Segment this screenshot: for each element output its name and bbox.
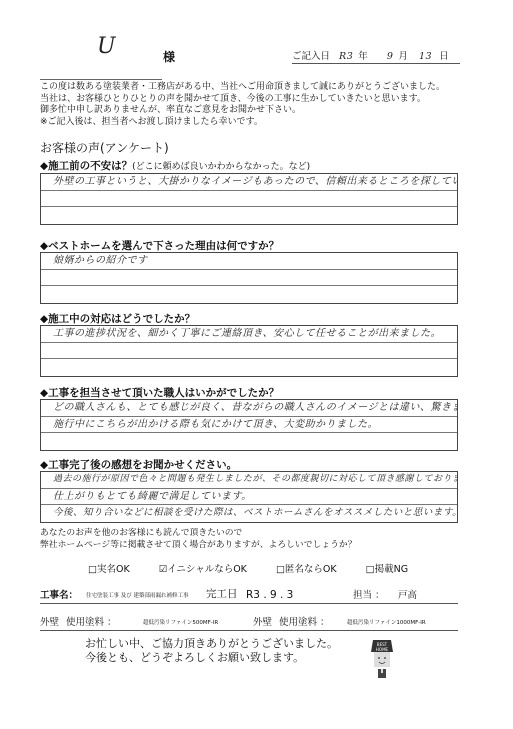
customer-name: U	[97, 34, 116, 59]
option-initials[interactable]: ☑イニシャルならOK	[159, 561, 247, 575]
checkbox-checked-icon[interactable]: ☑	[159, 564, 168, 575]
intro-line: ※ご記入後は、担当者へお渡し頂けましたら幸いです。	[40, 117, 445, 129]
day-label: 日	[439, 48, 449, 62]
question-5-label: ◆工事完了後の感想をお聞かせください。	[40, 457, 237, 472]
customer-name-line	[40, 60, 162, 80]
date-label: ご記入日	[292, 48, 330, 62]
answer-line: 外壁の工事というと、大掛かりなイメージもあったので、信頼出来るところを探していま…	[41, 174, 457, 191]
option-label: 匿名ならOK	[285, 561, 337, 575]
intro-text: この度は数ある塗装業者・工務店がある中、当社へご用命頂きまして誠にありがとうござ…	[40, 82, 445, 128]
question-text: ◆ベストホームを選んで下さった理由は何ですか？	[40, 240, 279, 252]
question-text: ◆施工前の不安は？	[40, 160, 132, 172]
question-3-label: ◆施工中の対応はどうでしたか？	[40, 311, 195, 326]
consent-line: あなたのお声を他のお客様にも読んで頂きたいので	[40, 528, 357, 540]
paint-info-row: 外壁 使用塗料 ： 超低汚染リファイン500MF-IR 外壁 使用塗料 ： 超低…	[40, 615, 458, 631]
question-text: ◆施工中の対応はどうでしたか？	[40, 313, 195, 325]
section-title: お客様の声(アンケート)	[40, 139, 169, 156]
date-month: 9	[387, 51, 394, 62]
staff-label: 担当 ：	[353, 587, 385, 601]
paint-area-2: 外壁	[253, 614, 272, 628]
date-day: 13	[419, 51, 432, 62]
consent-line: 弊社ホームページ等に掲載させて頂く場合がありますが、よろしいでしょうか？	[40, 540, 357, 552]
staff-value: 戸高	[398, 587, 417, 601]
answer-box-5: 過去の施行が原因で色々と問題も発生しましたが、その都度親切に対応して頂き感謝して…	[40, 471, 458, 523]
project-name-value: 住宅塗装工事 及び 建築部雨漏れ補修工事	[86, 591, 189, 599]
entry-date: ご記入日 R3 年 9 月 13 日	[292, 48, 460, 64]
question-text: ◆工事完了後の感想をお聞かせください。	[40, 459, 237, 471]
intro-line: 御多忙中申し訳ありませんが、率直なご意見をお聞かせ下さい。	[40, 105, 445, 117]
answer-line: 娘婿からの紹介です	[41, 253, 457, 270]
answer-line	[41, 270, 457, 287]
answer-line: 過去の施行が原因で色々と問題も発生しましたが、その都度親切に対応して頂き感謝して…	[41, 472, 457, 489]
answer-line	[41, 359, 457, 376]
completion-value: R3 . 9 . 3	[246, 589, 293, 601]
project-name-label: 工事名：	[40, 587, 78, 601]
answer-line	[41, 433, 457, 450]
option-anonymous[interactable]: □匿名ならOK	[276, 561, 337, 575]
answer-line	[41, 191, 457, 208]
closing-line: 今後とも、どうぞよろしくお願い致します。	[85, 651, 338, 665]
checkbox-unchecked-icon[interactable]: □	[88, 564, 97, 575]
question-1-label: ◆施工前の不安は？(どこに頼めば良いかわからなかった。など)	[40, 158, 310, 173]
answer-line: 施行中にこちらが出かける際も気にかけて頂き、大変助かりました。	[41, 417, 457, 434]
option-label: 実名OK	[97, 561, 130, 575]
answer-box-2: 娘婿からの紹介です	[40, 252, 458, 304]
paint-label-1: 使用塗料 ：	[66, 614, 117, 628]
paint-value-1: 超低汚染リファイン500MF-IR	[143, 618, 218, 626]
question-text: ◆工事を担当させて頂いた職人はいかがでしたか？	[40, 387, 279, 399]
answer-line	[41, 207, 457, 224]
option-no-publish[interactable]: □掲載NG	[366, 561, 408, 575]
answer-box-3: 工事の進捗状況を、細かく丁寧にご連絡頂き、安心して任せることが出来ました。	[40, 325, 458, 377]
option-label: 掲載NG	[375, 561, 408, 575]
paint-label-2: 使用塗料 ：	[279, 614, 330, 628]
checkbox-unchecked-icon[interactable]: □	[276, 564, 285, 575]
project-info-row: 工事名： 住宅塗装工事 及び 建築部雨漏れ補修工事 完工日 R3 . 9 . 3…	[40, 588, 458, 604]
completion-label: 完工日	[206, 586, 238, 601]
answer-line: 仕上がりもとても綺麗で満足しています。	[41, 489, 457, 506]
date-era-year: R3	[339, 51, 353, 62]
year-label: 年	[358, 48, 368, 62]
option-real-name[interactable]: □実名OK	[88, 561, 130, 575]
intro-line: 当社は、お客様ひとりひとりの声を聞かせて頂き、今後の工事に生かしていきたいと思い…	[40, 94, 445, 106]
closing-line: お忙しい中、ご協力頂きありがとうございました。	[85, 637, 338, 651]
option-label: イニシャルならOK	[167, 561, 247, 575]
question-subtext: (どこに頼めば良いかわからなかった。など)	[132, 162, 310, 172]
paint-area-1: 外壁	[40, 614, 59, 628]
consent-text: あなたのお声を他のお客様にも読んで頂きたいので 弊社ホームページ等に掲載させて頂…	[40, 528, 357, 551]
best-home-logo-icon: BEST HOME	[370, 636, 394, 682]
answer-box-4: どの職人さんも、とても感じが良く、昔ながらの職人さんのイメージとは違い、驚きまし…	[40, 399, 458, 451]
intro-line: この度は数ある塗装業者・工務店がある中、当社へご用命頂きまして誠にありがとうござ…	[40, 82, 445, 94]
answer-line: どの職人さんも、とても感じが良く、昔ながらの職人さんのイメージとは違い、驚きまし…	[41, 400, 457, 417]
question-2-label: ◆ベストホームを選んで下さった理由は何ですか？	[40, 238, 279, 253]
closing-message: お忙しい中、ご協力頂きありがとうございました。 今後とも、どうぞよろしくお願い致…	[85, 637, 338, 665]
answer-line: 工事の進捗状況を、細かく丁寧にご連絡頂き、安心して任せることが出来ました。	[41, 326, 457, 343]
paint-value-2: 超低汚染リファイン1000MF-IR	[347, 618, 426, 626]
answer-line	[41, 343, 457, 360]
honorific: 様	[163, 48, 175, 65]
checkbox-unchecked-icon[interactable]: □	[366, 564, 375, 575]
answer-line	[41, 286, 457, 303]
month-label: 月	[398, 48, 408, 62]
svg-text:HOME: HOME	[376, 647, 389, 652]
question-4-label: ◆工事を担当させて頂いた職人はいかがでしたか？	[40, 385, 279, 400]
answer-line: 今後、知り合いなどに相談を受けた際は、ベストホームさんをオススメしたいと思います…	[41, 505, 457, 522]
answer-box-1: 外壁の工事というと、大掛かりなイメージもあったので、信頼出来るところを探していま…	[40, 173, 458, 225]
consent-options: □実名OK ☑イニシャルならOK □匿名ならOK □掲載NG	[88, 561, 408, 575]
